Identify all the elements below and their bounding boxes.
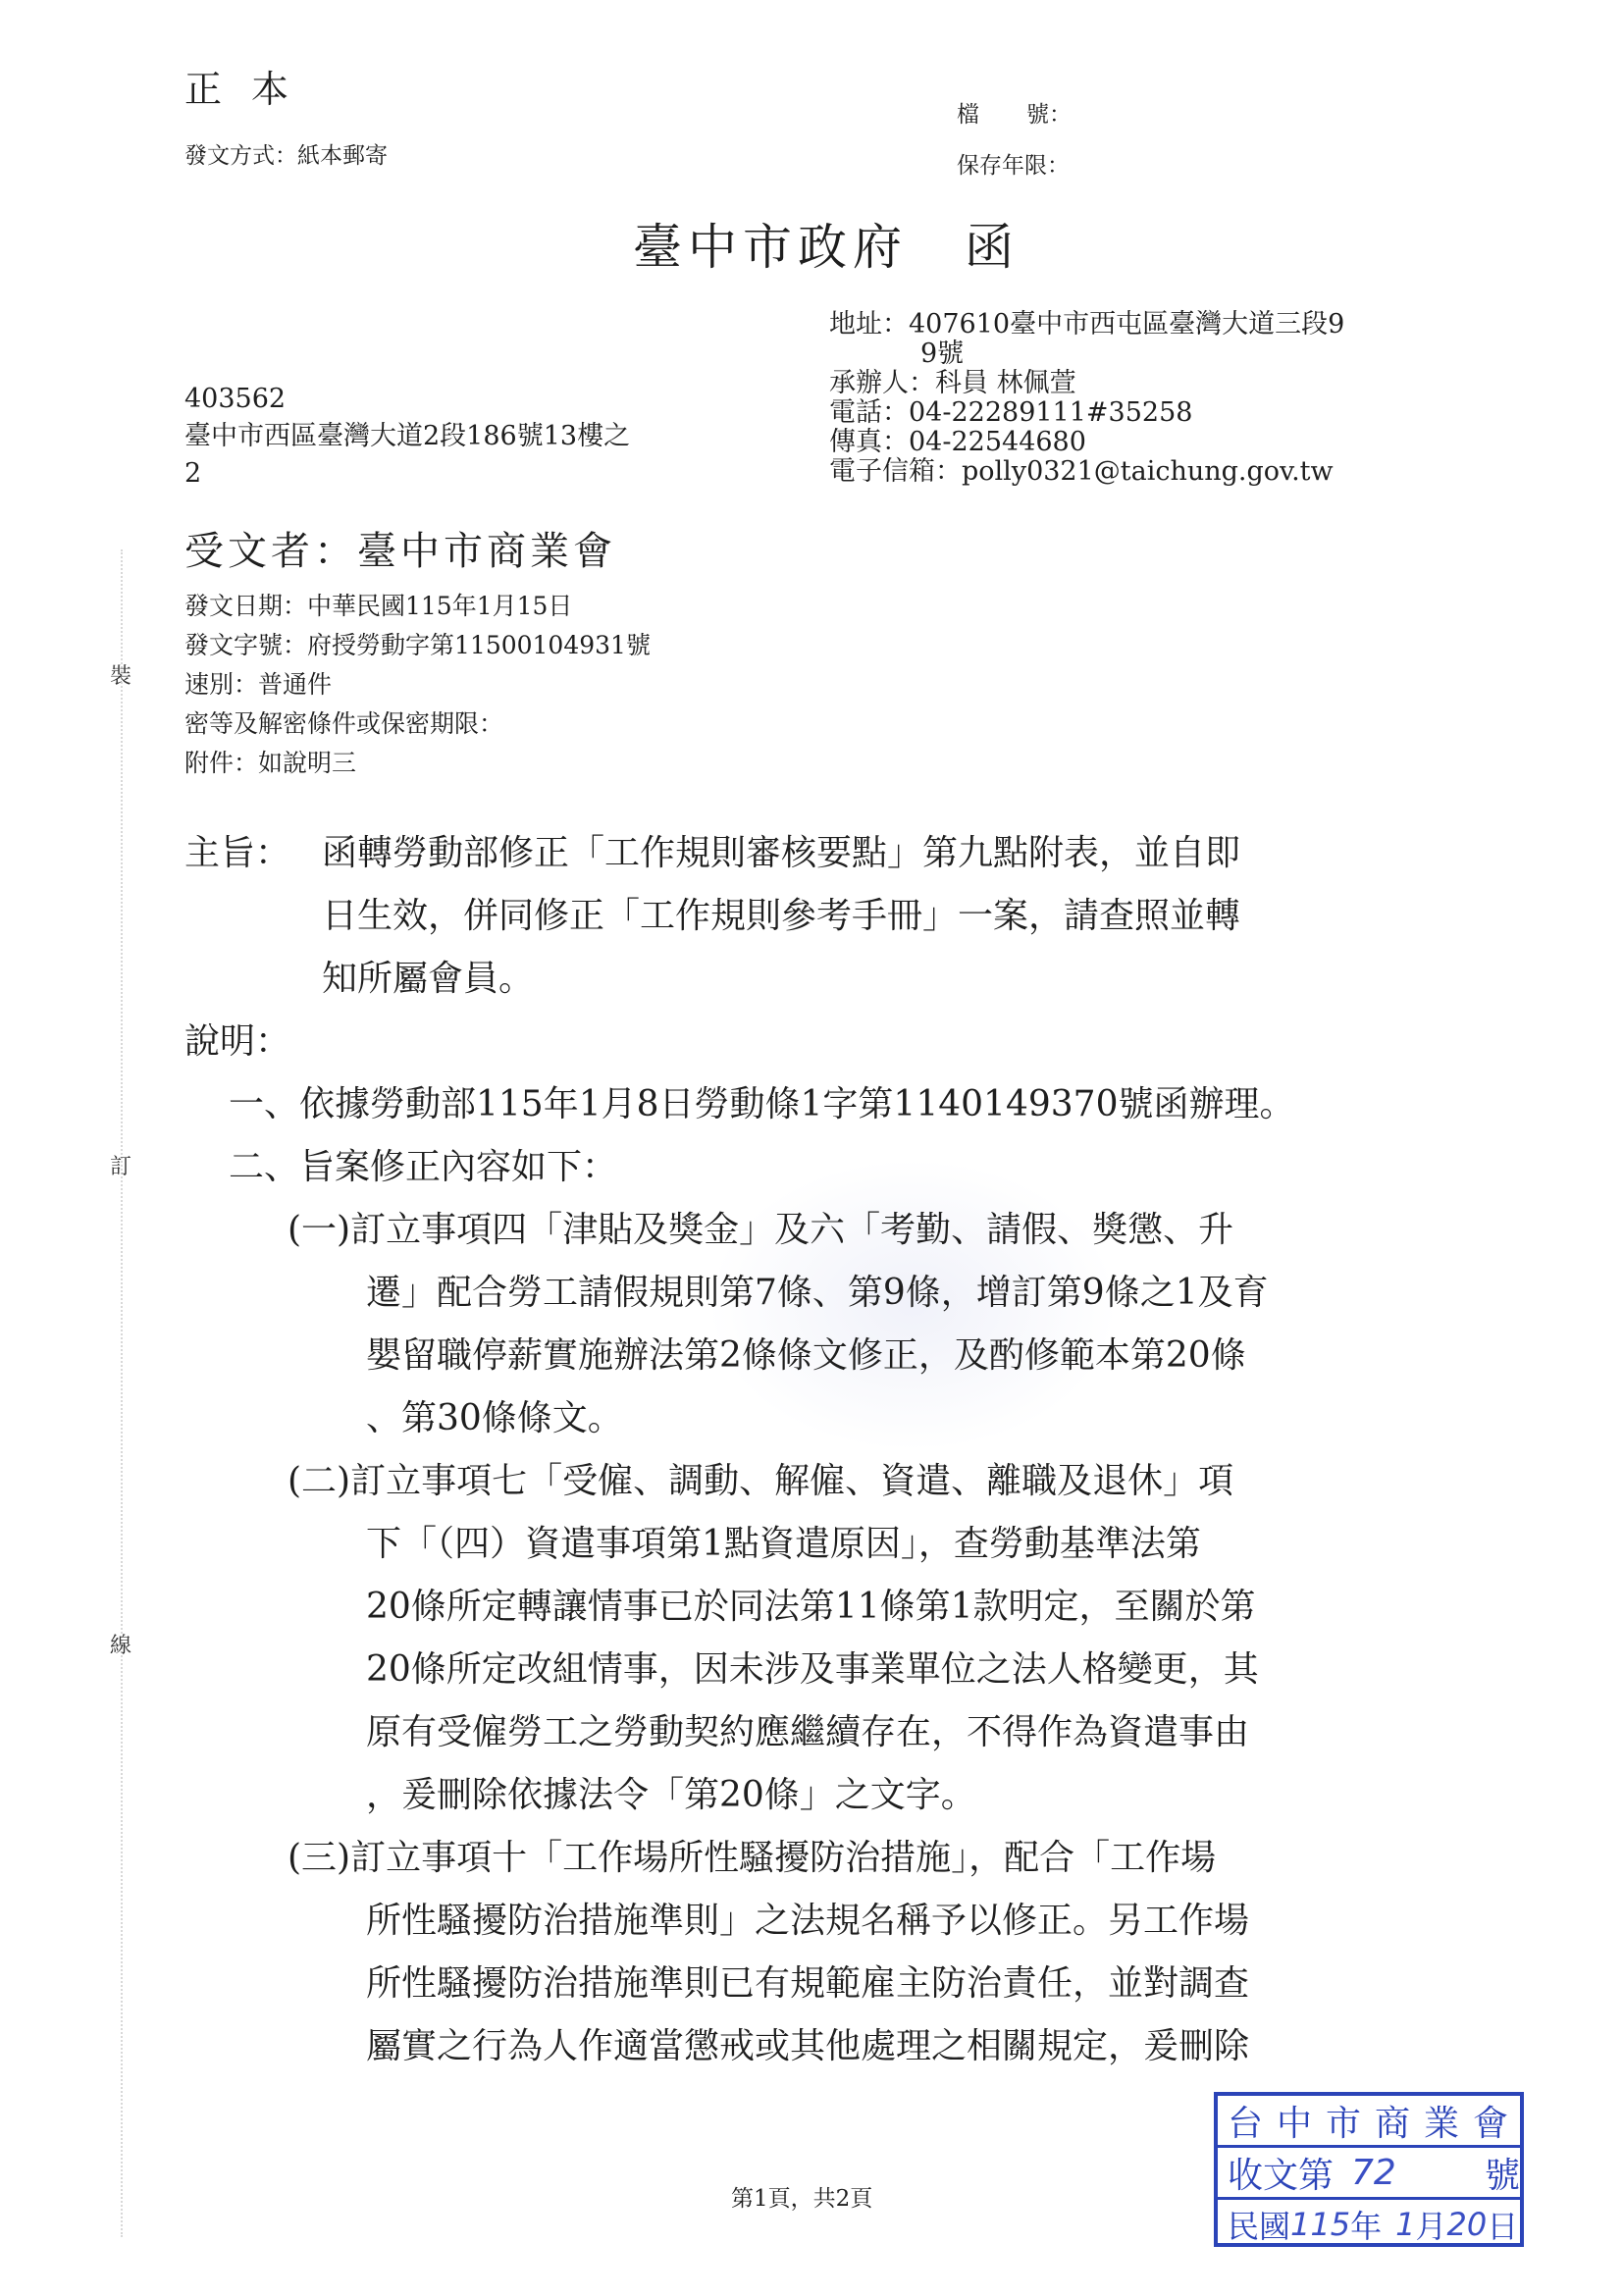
handler: 承辦人：科員 林佩萱 bbox=[829, 369, 1344, 398]
sub-item-3-line-3: 所性騷擾防治措施準則已有規範雇主防治責任，並對調查 bbox=[184, 1953, 1499, 2015]
binding-mark-ding: 訂 bbox=[110, 1150, 131, 1180]
handwritten-year: 115 bbox=[1290, 2206, 1350, 2243]
recipient-address-line1: 臺中市西區臺灣大道2段186號13樓之 bbox=[184, 418, 630, 455]
sub-item-2-line-1: (二)訂立事項七「受僱、調動、解僱、資遣、離職及退休」項 bbox=[184, 1450, 1499, 1513]
file-number-label: 檔 bbox=[957, 102, 1026, 128]
issue-date: 發文日期：中華民國115年1月15日 bbox=[184, 587, 651, 626]
confidentiality: 密等及解密條件或保密期限： bbox=[184, 704, 651, 744]
explanation-item-1: 一、依據勞動部115年1月8日勞動條1字第1140149370號函辦理。 bbox=[184, 1073, 1499, 1136]
email: 電子信箱：polly0321@taichung.gov.tw bbox=[829, 457, 1344, 487]
sub-item-3-line-4: 屬實之行為人作適當懲戒或其他處理之相關規定，爰刪除 bbox=[184, 2015, 1499, 2078]
recipient-address: 403562 臺中市西區臺灣大道2段186號13樓之 2 bbox=[184, 381, 630, 493]
handwritten-day: 20 bbox=[1446, 2206, 1487, 2243]
copy-type: 正本 bbox=[184, 59, 318, 113]
stamp-date: 民國 115 年 1 月 20 日 bbox=[1218, 2200, 1520, 2249]
binding-mark-zhuang: 裝 bbox=[110, 659, 131, 690]
subject-label: 主旨： bbox=[184, 822, 322, 885]
issuing-org: 臺中市政府 bbox=[633, 219, 908, 276]
handwritten-month: 1 bbox=[1395, 2206, 1415, 2243]
document-body: 主旨：函轉勞動部修正「工作規則審核要點」第九點附表，並自即 日生效，併同修正「工… bbox=[184, 822, 1499, 2078]
sub-item-1-line-3: 嬰留職停薪實施辦法第2條條文修正，及酌修範本第20條 bbox=[184, 1325, 1499, 1387]
page-indicator: 第1頁，共2頁 bbox=[731, 2180, 872, 2213]
handwritten-receipt-number: 72 bbox=[1351, 2153, 1485, 2193]
speed-class: 速別：普通件 bbox=[184, 665, 651, 704]
sub-item-3-line-2: 所性騷擾防治措施準則」之法規名稱予以修正。另工作場 bbox=[184, 1890, 1499, 1953]
explanation-label: 說明： bbox=[184, 1011, 1499, 1073]
recipient: 受文者：臺中市商業會 bbox=[184, 520, 616, 576]
sub-item-1-line-4: 、第30條條文。 bbox=[184, 1387, 1499, 1450]
subject-line-1: 主旨：函轉勞動部修正「工作規則審核要點」第九點附表，並自即 bbox=[184, 822, 1499, 885]
document-title: 臺中市政府函 bbox=[633, 208, 1020, 279]
binding-mark-xian: 線 bbox=[110, 1629, 131, 1659]
sub-item-3-line-1: (三)訂立事項十「工作場所性騷擾防治措施」，配合「工作場 bbox=[184, 1827, 1499, 1890]
contact-block: 地址：407610臺中市西屯區臺灣大道三段9 9號 承辦人：科員 林佩萱 電話：… bbox=[829, 310, 1344, 487]
subject-line-3: 知所屬會員。 bbox=[184, 948, 1499, 1011]
explanation-item-2: 二、旨案修正內容如下： bbox=[184, 1136, 1499, 1199]
document-number: 發文字號：府授勞動字第11500104931號 bbox=[184, 626, 651, 665]
stamp-org: 台中市商業會 bbox=[1218, 2096, 1520, 2148]
stamp-receipt-number: 收文第 72 號 bbox=[1218, 2148, 1520, 2200]
receipt-stamp: 台中市商業會 收文第 72 號 民國 115 年 1 月 20 日 bbox=[1214, 2092, 1524, 2247]
sender-address: 地址：407610臺中市西屯區臺灣大道三段9 bbox=[829, 310, 1344, 339]
subject-line-2: 日生效，併同修正「工作規則參考手冊」一案，請查照並轉 bbox=[184, 885, 1499, 948]
recipient-address-line2: 2 bbox=[184, 455, 630, 493]
sub-item-2-line-4: 20條所定改組情事，因未涉及事業單位之法人格變更，其 bbox=[184, 1639, 1499, 1701]
attachment: 附件：如說明三 bbox=[184, 744, 651, 783]
file-number-field: 檔號： bbox=[957, 96, 1072, 129]
sub-item-1-line-2: 遷」配合勞工請假規則第7條、第9條，增訂第9條之1及育 bbox=[184, 1262, 1499, 1325]
postal-code: 403562 bbox=[184, 381, 630, 418]
sub-item-1-line-1: (一)訂立事項四「津貼及獎金」及六「考勤、請假、獎懲、升 bbox=[184, 1199, 1499, 1262]
sender-address-cont: 9號 bbox=[829, 339, 1344, 369]
sub-item-2-line-3: 20條所定轉讓情事已於同法第11條第1款明定，至關於第 bbox=[184, 1576, 1499, 1639]
document-meta: 發文日期：中華民國115年1月15日 發文字號：府授勞動字第1150010493… bbox=[184, 587, 651, 783]
document-type: 函 bbox=[965, 219, 1020, 276]
fax: 傳真：04-22544680 bbox=[829, 428, 1344, 457]
sub-item-2-line-6: ，爰刪除依據法令「第20條」之文字。 bbox=[184, 1764, 1499, 1827]
sub-item-2-line-2: 下「（四）資遣事項第1點資遣原因」，查勞動基準法第 bbox=[184, 1513, 1499, 1576]
sub-item-2-line-5: 原有受僱勞工之勞動契約應繼續存在，不得作為資遣事由 bbox=[184, 1701, 1499, 1764]
file-number-label-2: 號： bbox=[1026, 102, 1072, 128]
retention-period-field: 保存年限： bbox=[957, 147, 1070, 180]
send-method: 發文方式：紙本郵寄 bbox=[184, 137, 388, 170]
phone: 電話：04-22289111#35258 bbox=[829, 398, 1344, 428]
binding-line bbox=[121, 549, 123, 2237]
